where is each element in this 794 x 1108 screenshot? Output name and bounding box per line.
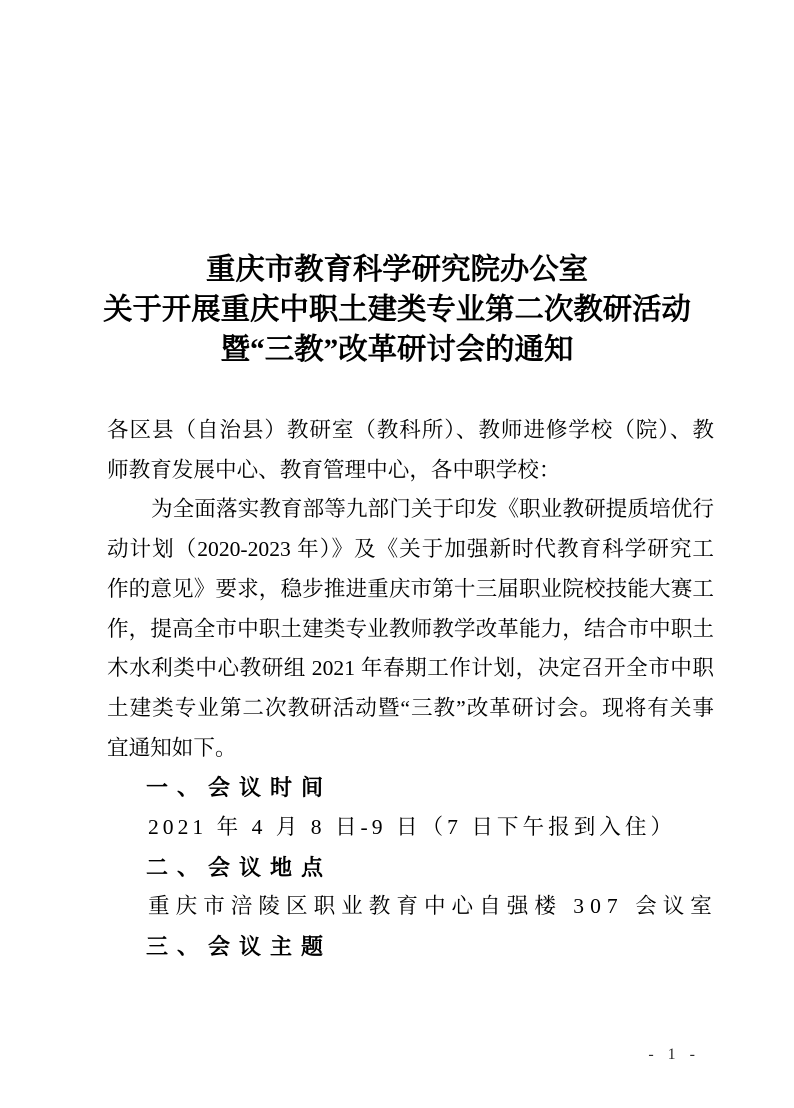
document-page: 重庆市教育科学研究院办公室 关于开展重庆中职土建类专业第二次教研活动 暨“三教”… (0, 0, 794, 1108)
salutation-line: 各区县（自治县）教研室（教科所）、教师进修学校（院）、教 (107, 411, 714, 451)
intro-line: 作，提高全市中职土建类专业教师教学改革能力，结合市中职土 (107, 610, 714, 650)
intro-line: 为全面落实教育部等九部门关于印发《职业教研提质培优行 (107, 490, 714, 530)
section-content-meeting-place: 重庆市涪陵区职业教育中心自强楼 307 会议室 (148, 887, 714, 927)
intro-line: 木水利类中心教研组 2021 年春期工作计划，决定召开全市中职 (107, 649, 714, 689)
title-line-1: 重庆市教育科学研究院办公室 (0, 250, 794, 290)
section-content-meeting-time: 2021 年 4 月 8 日-9 日（7 日下午报到入住） (148, 808, 714, 848)
intro-line: 宜通知如下。 (107, 729, 714, 769)
page-number: - 1 - (648, 1046, 700, 1064)
section-heading-meeting-time: 一、会议时间 (146, 768, 714, 808)
intro-line: 动计划（2020-2023 年）》及《关于加强新时代教育科学研究工 (107, 530, 714, 570)
document-title: 重庆市教育科学研究院办公室 关于开展重庆中职土建类专业第二次教研活动 暨“三教”… (0, 250, 794, 370)
section-heading-meeting-place: 二、会议地点 (146, 848, 714, 888)
salutation-line: 师教育发展中心、教育管理中心，各中职学校： (107, 451, 714, 491)
document-body: 各区县（自治县）教研室（教科所）、教师进修学校（院）、教 师教育发展中心、教育管… (107, 411, 714, 967)
section-heading-meeting-theme: 三、会议主题 (146, 927, 714, 967)
intro-line: 作的意见》要求，稳步推进重庆市第十三届职业院校技能大赛工 (107, 570, 714, 610)
intro-line: 土建类专业第二次教研活动暨“三教”改革研讨会。现将有关事 (107, 689, 714, 729)
title-line-3: 暨“三教”改革研讨会的通知 (0, 330, 794, 370)
title-line-2: 关于开展重庆中职土建类专业第二次教研活动 (0, 290, 794, 330)
